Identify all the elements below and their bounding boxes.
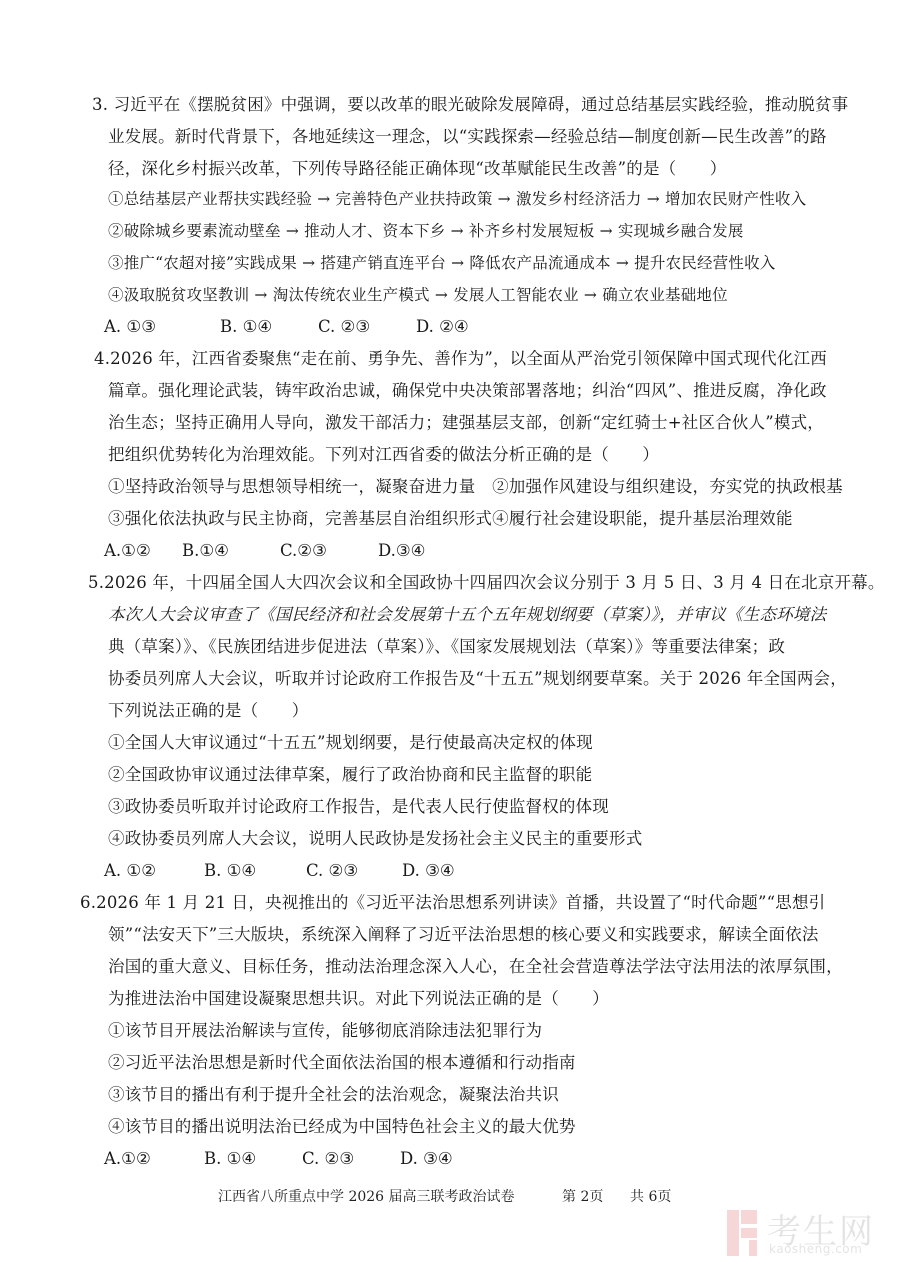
choice-a: A.①② (104, 540, 151, 562)
choice-d: D. ③④ (400, 1148, 453, 1170)
question-5-option-1: ①全国人大审议通过“十五五”规划纲要，是行使最高决定权的体现 (108, 732, 593, 754)
choice-b: B.①④ (182, 540, 229, 562)
watermark: 考生网 kaosheng.com (727, 1208, 897, 1260)
choice-b: B. ①④ (204, 1148, 256, 1170)
question-6-option-2: ②习近平法治思想是新时代全面依法治国的根本遵循和行动指南 (108, 1052, 576, 1074)
watermark-url: kaosheng.com (769, 1242, 862, 1256)
page-number: 第 2页 (562, 1186, 603, 1206)
question-5-option-3: ③政协委员听取并讨论政府工作报告，是代表人民行使监督权的体现 (108, 796, 609, 818)
choice-c: C. ②③ (302, 1148, 354, 1170)
question-5-stem-line: 典（草案）》、《民族团结进步促进法（草案）》、《国家发展规划法（草案）》等重要法… (108, 636, 785, 658)
question-5-option-2: ②全国政协审议通过法律草案，履行了政治协商和民主监督的职能 (108, 764, 592, 786)
question-4-stem-line: 治生态；坚持正确用人导向，激发干部活力；建强基层支部，创新“定红骑士+社区合伙人… (108, 412, 824, 434)
choice-b: B. ①④ (204, 860, 256, 882)
question-4-stem-line: 把组织优势转化为治理效能。下列对江西省委的做法分析正确的是（ ） (108, 444, 659, 466)
choice-c: C. ②③ (318, 316, 370, 338)
question-3-option-3: ③推广“农超对接”实践成果 → 搭建产销直连平台 → 降低农产品流通成本 → 提… (108, 252, 775, 274)
question-6-option-1: ①该节目开展法治解读与宣传，能够彻底消除违法犯罪行为 (108, 1020, 542, 1042)
choice-c: C. ②③ (306, 860, 358, 882)
question-5-stem-line: 本次人大会议审查了《国民经济和社会发展第十五个五年规划纲要（草案）》，并审议《生… (108, 604, 826, 626)
choice-d: D. ②④ (416, 316, 469, 338)
question-4-stem-line: 篇章。强化理论武装，铸牢政治忠诚，确保党中央决策部署落地；纠治“四风”、推进反腐… (108, 380, 827, 402)
page-total: 共 6页 (630, 1186, 671, 1206)
question-6-stem-line: 6.2026 年 1 月 21 日，央视推出的《习近平法治思想系列讲读》首播，共… (80, 892, 825, 914)
question-5-option-4: ④政协委员列席人大会议，说明人民政协是发扬社会主义民主的重要形式 (108, 828, 642, 850)
question-5-stem-line: 5.2026 年，十四届全国人大四次会议和全国政协十四届四次会议分别于 3 月 … (88, 572, 885, 594)
question-4-options-row-2: ③强化依法执政与民主协商，完善基层自治组织形式④履行社会建设职能，提升基层治理效… (108, 508, 793, 530)
exam-page: 3. 习近平在《摆脱贫困》中强调，要以改革的眼光破除发展障碍，通过总结基层实践经… (0, 0, 900, 1273)
question-3-option-2: ②破除城乡要素流动壁垒 → 推动人才、资本下乡 → 补齐乡村发展短板 → 实现城… (108, 220, 744, 242)
choice-d: D. ③④ (402, 860, 455, 882)
choice-b: B. ①④ (220, 316, 272, 338)
choice-a: A. ①② (104, 860, 156, 882)
question-3-option-1: ①总结基层产业帮扶实践经验 → 完善特色产业扶持政策 → 激发乡村经济活力 → … (108, 188, 806, 210)
exam-title: 江西省八所重点中学 2026 届高三联考政治试卷 (218, 1186, 515, 1206)
question-6-stem-line: 治国的重大意义、目标任务，推动法治理念深入人心，在全社会营造尊法学法守法用法的浓… (108, 956, 843, 978)
question-3-stem-line: 业发展。新时代背景下，各地延续这一理念，以“实践探索—经验总结—制度创新—民生改… (108, 126, 827, 148)
question-6-option-3: ③该节目的播出有利于提升全社会的法治观念，凝聚法治共识 (108, 1084, 559, 1106)
choice-a: A.①② (104, 1148, 151, 1170)
question-3-option-4: ④汲取脱贫攻坚教训 → 淘汰传统农业生产模式 → 发展人工智能农业 → 确立农业… (108, 284, 728, 306)
kaosheng-logo-icon (727, 1210, 765, 1256)
question-6-stem-line: 为推进法治中国建设凝聚思想共识。对此下列说法正确的是（ ） (108, 988, 609, 1010)
choice-a: A. ①③ (104, 316, 156, 338)
question-6-stem-line: 领”“法安天下”三大版块，系统深入阐释了习近平法治思想的核心要义和实践要求，解读… (108, 924, 819, 946)
question-5-stem-line: 下列说法正确的是（ ） (108, 700, 308, 722)
choice-c: C.②③ (280, 540, 327, 562)
question-3-stem-line: 3. 习近平在《摆脱贫困》中强调，要以改革的眼光破除发展障碍，通过总结基层实践经… (92, 94, 848, 116)
question-4-options-row-1: ①坚持政治领导与思想领导相统一，凝聚奋进力量 ②加强作风建设与组织建设，夯实党的… (108, 476, 843, 498)
choice-d: D.③④ (378, 540, 425, 562)
question-4-stem-line: 4.2026 年，江西省委聚焦“走在前、勇争先、善作为”，以全面从严治党引领保障… (94, 348, 827, 370)
question-3-stem-line: 径，深化乡村振兴改革，下列传导路径能正确体现“改革赋能民生改善”的是（ ） (108, 158, 726, 180)
question-5-stem-line: 协委员列席人大会议，听取并讨论政府工作报告及“十五五”规划纲要草案。关于 202… (108, 668, 847, 690)
question-6-option-4: ④该节目的播出说明法治已经成为中国特色社会主义的最大优势 (108, 1116, 576, 1138)
